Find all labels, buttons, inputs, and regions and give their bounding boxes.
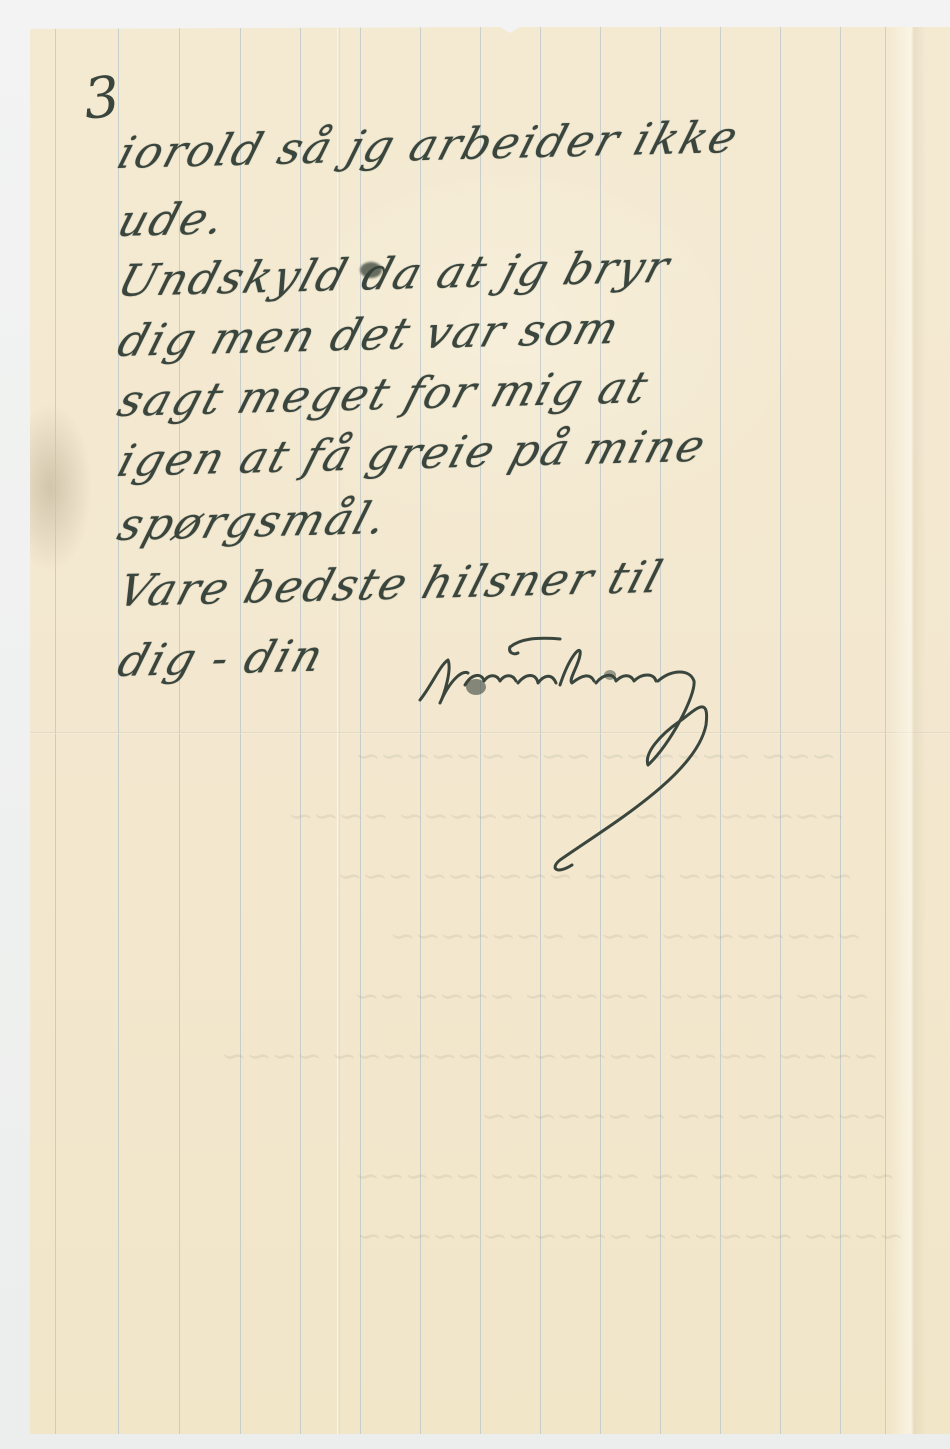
ruled-line (885, 27, 886, 1434)
ink-blot (360, 262, 382, 278)
scanned-page: ~~~ ~~~~~~ ~~~ ~~~~~~ ~~~~~~ ~~ ~~~~~~~~… (0, 0, 950, 1449)
ruled-line (780, 27, 781, 1434)
handwritten-line: ude. (112, 193, 233, 247)
signature: Dörnbergen (410, 625, 770, 875)
ruled-line (300, 27, 301, 1434)
ruled-line (360, 27, 361, 1434)
ruled-line (55, 27, 56, 1434)
right-edge-fold (890, 27, 950, 1434)
handwritten-line: dig - din (112, 631, 331, 687)
ruled-line (240, 27, 241, 1434)
vertical-fold (337, 27, 340, 1434)
handwritten-line: spørgsmål. (112, 493, 394, 551)
page-number: 3 (81, 64, 123, 132)
ruled-line (840, 27, 841, 1434)
